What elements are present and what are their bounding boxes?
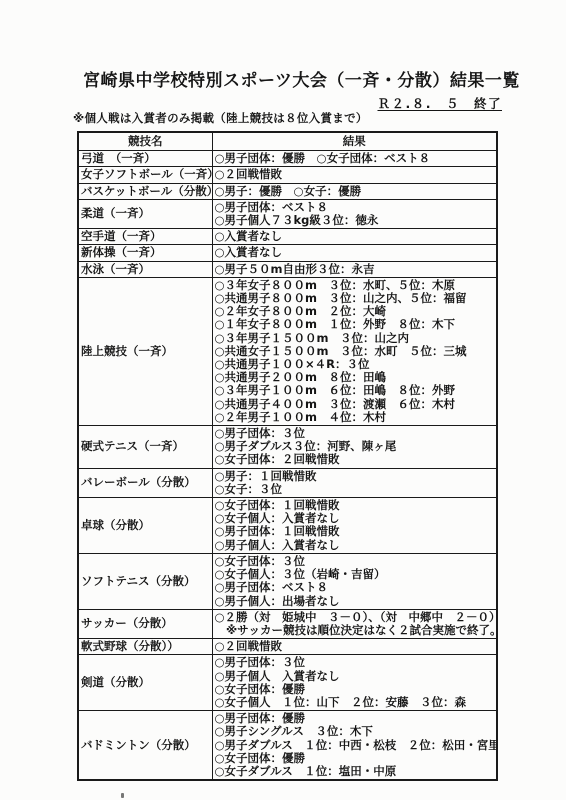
result-cell: ○男子団体：３位○男子ダブルス３位：河野、陳ヶ尾○女子団体：２回戦惜敗	[212, 426, 497, 469]
result-line: ○男子団体：ベスト８	[215, 581, 495, 594]
result-line: ○男子団体：優勝 ○女子団体：ベスト８	[215, 152, 495, 165]
scan-artifact	[121, 793, 124, 798]
table-row: 新体操（一斉）○入賞者なし	[78, 245, 497, 261]
table-row: 陸上競技（一斉）○３年女子８００m ３位：水町、５位：木原○共通男子８００m ３…	[78, 277, 497, 425]
result-line: ○３年男子１００m ６位：田嶋 ８位：外野	[215, 384, 495, 397]
result-line: ○男子個人：出場者なし	[215, 595, 495, 608]
result-line: ○女子団体：２回戦惜敗	[215, 453, 495, 466]
table-row: 水泳（一斉）○男子５０m自由形３位：永吉	[78, 261, 497, 277]
result-line: ○入賞者なし	[215, 246, 495, 259]
table-row: バレーボール（分散）○男子：１回戦惜敗○女子：３位	[78, 468, 497, 497]
event-name: バスケットボール（分散）	[78, 183, 212, 199]
result-line: ○女子個人 １位：山下 ２位：安藤 ３位：森	[215, 696, 495, 709]
table-row: 硬式テニス（一斉）○男子団体：３位○男子ダブルス３位：河野、陳ヶ尾○女子団体：２…	[78, 426, 497, 469]
table-row: バスケットボール（分散）○男子：優勝 ○女子：優勝	[78, 183, 497, 199]
result-cell: ○２勝（対 姫城中 ３－０）、（対 中郷中 ２－０） ※サッカー競技は順位決定は…	[212, 609, 497, 638]
result-line: ○男子個人 入賞者なし	[215, 670, 495, 683]
result-line: ○２回戦惜敗	[215, 640, 495, 653]
result-line: ○男子ダブルス １位：中西・松枝 ２位：松田・宮里	[215, 739, 495, 752]
event-name: 柔道（一斉）	[78, 199, 212, 228]
result-cell: ○男子：１回戦惜敗○女子：３位	[212, 468, 497, 497]
completion-date: Ｒ２.８. ５ 終了	[378, 94, 503, 112]
result-line: ○男子５０m自由形３位：永吉	[215, 263, 495, 276]
event-name: 空手道（一斉）	[78, 229, 212, 245]
result-cell: ○女子団体：１回戦惜敗○女子個人：入賞者なし○男子団体：１回戦惜敗○男子個人：入…	[212, 498, 497, 554]
table-row: 柔道（一斉）○男子団体：ベスト８○男子個人７３kg級３位：徳永	[78, 199, 497, 228]
result-cell: ○男子団体：優勝○男子シングルス ３位：木下○男子ダブルス １位：中西・松枝 ２…	[212, 711, 497, 781]
result-line: ○２年男子１００m ４位：木村	[215, 411, 495, 424]
table-row: サッカー（分散）○２勝（対 姫城中 ３－０）、（対 中郷中 ２－０） ※サッカー…	[78, 609, 497, 638]
result-cell: ○入賞者なし	[212, 229, 497, 245]
result-cell: ○入賞者なし	[212, 245, 497, 261]
event-name: バドミントン（分散）	[78, 711, 212, 781]
result-line: ○男子団体：３位	[215, 656, 495, 669]
event-name: 剣道（分散）	[78, 655, 212, 711]
event-name: 軟式野球（分散））	[78, 639, 212, 655]
result-line: ※サッカー競技は順位決定はなく２試合実施で終了。	[215, 624, 495, 637]
event-name: 女子ソフトボール（一斉）	[78, 167, 212, 183]
result-cell: ○男子団体：３位○男子個人 入賞者なし○女子団体：優勝○女子個人 １位：山下 ２…	[212, 655, 497, 711]
result-line: ○２勝（対 姫城中 ３－０）、（対 中郷中 ２－０）	[215, 611, 495, 624]
event-name: バレーボール（分散）	[78, 468, 212, 497]
result-cell: ○３年女子８００m ３位：水町、５位：木原○共通男子８００m ３位：山之内、５位…	[212, 277, 497, 425]
table-row: 空手道（一斉）○入賞者なし	[78, 229, 497, 245]
result-line: ○女子ダブルス １位：塩田・中原	[215, 765, 495, 778]
page-title: 宮崎県中学校特別スポーツ大会（一斉・分散）結果一覧	[83, 66, 509, 91]
table-row: 軟式野球（分散））○２回戦惜敗	[78, 639, 497, 655]
table-row: ソフトテニス（分散）○女子団体：３位○女子個人：３位（岩崎・吉留）○男子団体：ベ…	[78, 553, 497, 609]
result-line: ○男子団体：１回戦惜敗	[215, 525, 495, 538]
result-cell: ○男子団体：ベスト８○男子個人７３kg級３位：徳永	[212, 199, 497, 228]
result-line: ○女子：３位	[215, 483, 495, 496]
result-line: ○男子：１回戦惜敗	[215, 470, 495, 483]
result-cell: ○男子５０m自由形３位：永吉	[212, 261, 497, 277]
event-name: サッカー（分散）	[78, 609, 212, 638]
event-name: 新体操（一斉）	[78, 245, 212, 261]
column-header-event: 競技名	[78, 132, 212, 151]
table-row: バドミントン（分散）○男子団体：優勝○男子シングルス ３位：木下○男子ダブルス …	[78, 711, 497, 781]
document-page: 宮崎県中学校特別スポーツ大会（一斉・分散）結果一覧 Ｒ２.８. ５ 終了 ※個人…	[0, 0, 566, 800]
result-line: ○１年女子８００m １位：外野 ８位：木下	[215, 318, 495, 331]
result-cell: ○２回戦惜敗	[212, 639, 497, 655]
result-cell: ○女子団体：３位○女子個人：３位（岩崎・吉留）○男子団体：ベスト８○男子個人：出…	[212, 553, 497, 609]
event-name: 水泳（一斉）	[78, 261, 212, 277]
result-line: ○共通男子４００m ３位：渡瀬 ６位：木村	[215, 398, 495, 411]
table-row: 弓道 （一斉）○男子団体：優勝 ○女子団体：ベスト８	[78, 151, 497, 167]
event-name: ソフトテニス（分散）	[78, 553, 212, 609]
result-line: ○入賞者なし	[215, 230, 495, 243]
table-row: 女子ソフトボール（一斉）○２回戦惜敗	[78, 167, 497, 183]
result-line: ○３年男子１５００m ３位：山之内	[215, 332, 495, 345]
table-header-row: 競技名 結果	[78, 132, 497, 151]
result-cell: ○男子：優勝 ○女子：優勝	[212, 183, 497, 199]
event-name: 弓道 （一斉）	[78, 151, 212, 167]
result-line: ○男子：優勝 ○女子：優勝	[215, 185, 495, 198]
column-header-result: 結果	[212, 132, 497, 151]
table-row: 剣道（分散）○男子団体：３位○男子個人 入賞者なし○女子団体：優勝○女子個人 １…	[78, 655, 497, 711]
result-line: ○女子団体：優勝	[215, 683, 495, 696]
event-name: 陸上競技（一斉）	[78, 277, 212, 425]
event-name: 卓球（分散）	[78, 498, 212, 554]
result-line: ○男子シングルス ３位：木下	[215, 725, 495, 738]
result-line: ○２回戦惜敗	[215, 168, 495, 181]
result-cell: ○男子団体：優勝 ○女子団体：ベスト８	[212, 151, 497, 167]
event-name: 硬式テニス（一斉）	[78, 426, 212, 469]
table-row: 卓球（分散）○女子団体：１回戦惜敗○女子個人：入賞者なし○男子団体：１回戦惜敗○…	[78, 498, 497, 554]
result-line: ○女子団体：優勝	[215, 752, 495, 765]
result-line: ○男子個人：入賞者なし	[215, 539, 495, 552]
individual-entry-note: ※個人戦は入賞者のみ掲載（陸上競技は８位入賞まで）	[73, 110, 368, 126]
result-line: ○男子個人７３kg級３位：徳永	[215, 214, 495, 227]
results-table: 競技名 結果 弓道 （一斉）○男子団体：優勝 ○女子団体：ベスト８女子ソフトボー…	[77, 131, 498, 781]
result-cell: ○２回戦惜敗	[212, 167, 497, 183]
